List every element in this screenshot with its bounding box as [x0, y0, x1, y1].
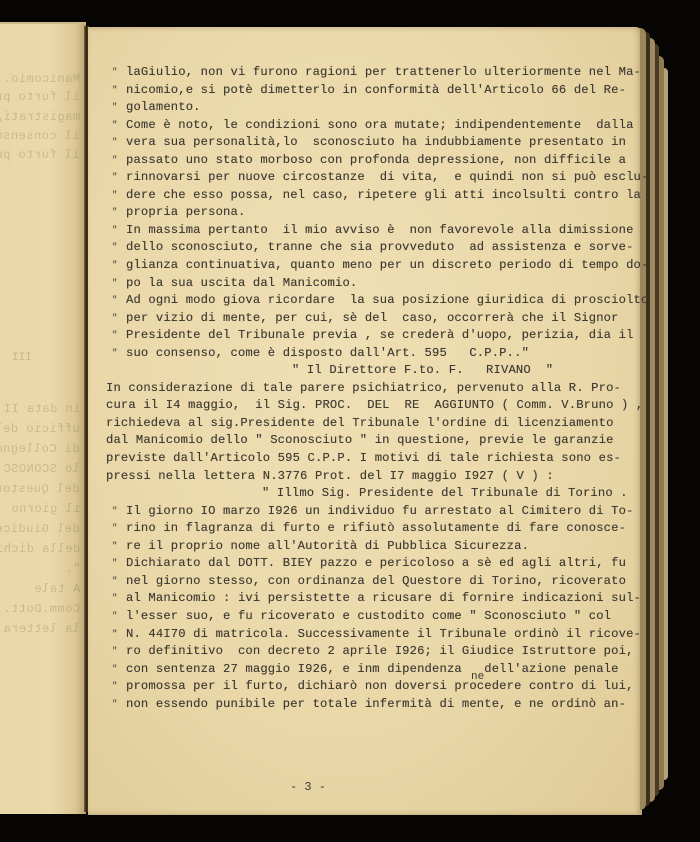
text-line: "promossa per il furto, dichiarò non dov…: [112, 678, 632, 696]
signature-line: " Il Direttore F.to. F. RIVANO ": [112, 362, 632, 380]
bleed-text: il giorno: [11, 502, 80, 516]
bleed-text: in data II m: [0, 402, 80, 416]
quote-mark: ": [112, 696, 126, 714]
bleed-text: del Questore di: [0, 482, 80, 496]
quote-mark: ": [112, 187, 126, 205]
quote-mark: ": [112, 204, 126, 222]
quote-mark: ": [112, 152, 126, 170]
text-line: "glianza continuativa, quanto meno per u…: [112, 257, 632, 275]
text-line: "Presidente del Tribunale previa , se cr…: [112, 327, 632, 345]
quote-mark: ": [112, 678, 126, 696]
line-text: propria persona.: [126, 205, 245, 219]
quote-mark: ": [112, 222, 126, 240]
text-line: "po la sua uscita dal Manicomio.: [112, 275, 632, 293]
text-line: "propria persona.: [112, 204, 632, 222]
line-text: po la sua uscita dal Manicomio.: [126, 276, 357, 290]
page-number: - 3 -: [290, 780, 326, 794]
line-text: rinnovarsi per nuove circostanze di vita…: [126, 170, 648, 184]
letter-heading: " Illmo Sig. Presidente del Tribunale di…: [112, 485, 632, 503]
text-line: "In massima pertanto il mio avviso è non…: [112, 222, 632, 240]
line-text: dello sconosciuto, tranne che sia provve…: [126, 240, 634, 254]
text-line: "rino in flagranza di furto e rifiutò as…: [112, 520, 632, 538]
line-text: rino in flagranza di furto e rifiutò ass…: [126, 521, 626, 535]
bleed-text: il furto pr: [0, 90, 80, 104]
line-text: Ad ogni modo giova ricordare la sua posi…: [126, 293, 648, 307]
quote-mark: ": [112, 345, 126, 363]
quote-mark: ": [112, 626, 126, 644]
narrative-line: In considerazione di tale parere psichia…: [106, 380, 632, 398]
text-line: "golamento.: [112, 99, 632, 117]
bleed-text: Comm.Dott.: [3, 602, 80, 616]
line-text: golamento.: [126, 100, 201, 114]
text-line: "dello sconosciuto, tranne che sia provv…: [112, 239, 632, 257]
text-line: "l'esser suo, e fu ricoverato e custodit…: [112, 608, 632, 626]
line-text: per vizio di mente, per cui, sè del caso…: [126, 311, 619, 325]
bleed-text: di Collegno: [0, 442, 80, 456]
quote-mark: ": [112, 643, 126, 661]
text-line: "laGiulio, non vi furono ragioni per tra…: [112, 64, 632, 82]
text-line: "ro definitivo con decreto 2 aprile I926…: [112, 643, 632, 661]
quote-mark: ": [112, 292, 126, 310]
text-line: "vera sua personalità,lo sconosciuto ha …: [112, 134, 632, 152]
quote-mark: ": [112, 327, 126, 345]
text-line: "rinnovarsi per nuove circostanze di vit…: [112, 169, 632, 187]
page-stack-edges: [640, 28, 674, 810]
quote-mark: ": [112, 82, 126, 100]
quote-mark: ": [112, 134, 126, 152]
narrative-line: cura il I4 maggio, il Sig. PROC. DEL RE …: [106, 397, 632, 415]
line-text: l'esser suo, e fu ricoverato e custodito…: [126, 609, 611, 623]
book-photograph: Manicomio. il furto pr magistrati,Il il …: [0, 0, 700, 842]
page-edge: [664, 68, 668, 780]
bleed-text: il furto pu: [0, 148, 80, 162]
text-line: "Dichiarato dal DOTT. BIEY pazzo e peric…: [112, 555, 632, 573]
quote-mark: ": [112, 608, 126, 626]
line-text: vera sua personalità,lo sconosciuto ha i…: [126, 135, 626, 149]
line-text: con sentenza 27 maggio I926, e inm dipen…: [126, 662, 619, 676]
text-line: "non essendo punibile per totale infermi…: [112, 696, 632, 714]
interlinear-insertion: ne: [471, 671, 484, 683]
quote-mark: ": [112, 99, 126, 117]
quote-mark: ": [112, 169, 126, 187]
bleed-text: A tale: [34, 582, 80, 596]
quote-mark: ": [112, 503, 126, 521]
narrative-line: dal Manicomio dello " Sconosciuto " in q…: [106, 432, 632, 450]
line-text: suo consenso, come è disposto dall'Art. …: [126, 346, 529, 360]
line-text: passato uno stato morboso con profonda d…: [126, 153, 626, 167]
text-line: "per vizio di mente, per cui, sè del cas…: [112, 310, 632, 328]
bleed-text: del Giudice: [0, 522, 80, 536]
line-text: nicomio,e si potè dimetterlo in conformi…: [126, 83, 626, 97]
bleed-text: lo SCONOSC: [3, 462, 80, 476]
quote-mark: ": [112, 590, 126, 608]
line-text: nel giorno stesso, con ordinanza del Que…: [126, 574, 626, 588]
text-line: "nel giorno stesso, con ordinanza del Qu…: [112, 573, 632, 591]
line-text: glianza continuativa, quanto meno per un…: [126, 258, 648, 272]
line-text: Il giorno IO marzo I926 un individuo fu …: [126, 504, 634, 518]
text-line: "Come è noto, le condizioni sono ora mut…: [112, 117, 632, 135]
text-line: "nicomio,e si potè dimetterlo in conform…: [112, 82, 632, 100]
bleed-text: ufficio del: [0, 422, 80, 436]
quote-mark: ": [112, 555, 126, 573]
text-line: "passato uno stato morboso con profonda …: [112, 152, 632, 170]
text-line: "re il proprio nome all'Autorità di Pubb…: [112, 538, 632, 556]
quote-mark: ": [112, 64, 126, 82]
narrative-line: pressi nella lettera N.3776 Prot. del I7…: [106, 468, 632, 486]
line-text: promossa per il furto, dichiarò non dove…: [126, 679, 634, 693]
text-line: "Il giorno IO marzo I926 un individuo fu…: [112, 503, 632, 521]
narrative-line: previste dall'Articolo 595 C.P.P. I moti…: [106, 450, 632, 468]
line-text: dere che esso possa, nel caso, ripetere …: [126, 188, 641, 202]
bleed-text: magistrati,Il: [0, 110, 80, 124]
quote-mark: ": [112, 257, 126, 275]
quote-mark: ": [112, 661, 126, 679]
quote-mark: ": [112, 117, 126, 135]
text-line: "al Manicomio : ivi persistette a ricusa…: [112, 590, 632, 608]
bleed-text: della dichiar: [0, 542, 80, 556]
quote-mark: ": [112, 573, 126, 591]
bleed-text: III: [12, 352, 32, 364]
quote-mark: ": [112, 310, 126, 328]
quote-mark: ": [112, 538, 126, 556]
quote-mark: ": [112, 239, 126, 257]
line-text: Come è noto, le condizioni sono ora muta…: [126, 118, 634, 132]
line-text: Presidente del Tribunale previa , se cre…: [126, 328, 634, 342]
line-text: al Manicomio : ivi persistette a ricusar…: [126, 591, 641, 605]
line-text: Dichiarato dal DOTT. BIEY pazzo e perico…: [126, 556, 626, 570]
text-line: "suo consenso, come è disposto dall'Art.…: [112, 345, 632, 363]
narrative-line: richiedeva al sig.Presidente del Tribuna…: [106, 415, 632, 433]
bleed-text: il consenso: [0, 129, 80, 143]
bleed-text: ".: [65, 562, 80, 576]
text-line: "dere che esso possa, nel caso, ripetere…: [112, 187, 632, 205]
bleed-text: Manicomio.: [3, 72, 80, 86]
typewritten-text: "laGiulio, non vi furono ragioni per tra…: [112, 64, 632, 713]
bleed-text: la lettera: [3, 622, 80, 636]
line-text: N. 44I70 di matricola. Successivamente i…: [126, 627, 641, 641]
text-line: "Ad ogni modo giova ricordare la sua pos…: [112, 292, 632, 310]
quote-mark: ": [112, 275, 126, 293]
line-text: In massima pertanto il mio avviso è non …: [126, 223, 634, 237]
left-page: Manicomio. il furto pr magistrati,Il il …: [0, 22, 86, 814]
text-line: "N. 44I70 di matricola. Successivamente …: [112, 626, 632, 644]
line-text: re il proprio nome all'Autorità di Pubbl…: [126, 539, 529, 553]
line-text: ro definitivo con decreto 2 aprile I926;…: [126, 644, 634, 658]
line-text: non essendo punibile per totale infermit…: [126, 697, 626, 711]
line-text: laGiulio, non vi furono ragioni per trat…: [126, 65, 641, 79]
quote-mark: ": [112, 520, 126, 538]
text-line: "con sentenza 27 maggio I926, e inm dipe…: [112, 661, 632, 679]
